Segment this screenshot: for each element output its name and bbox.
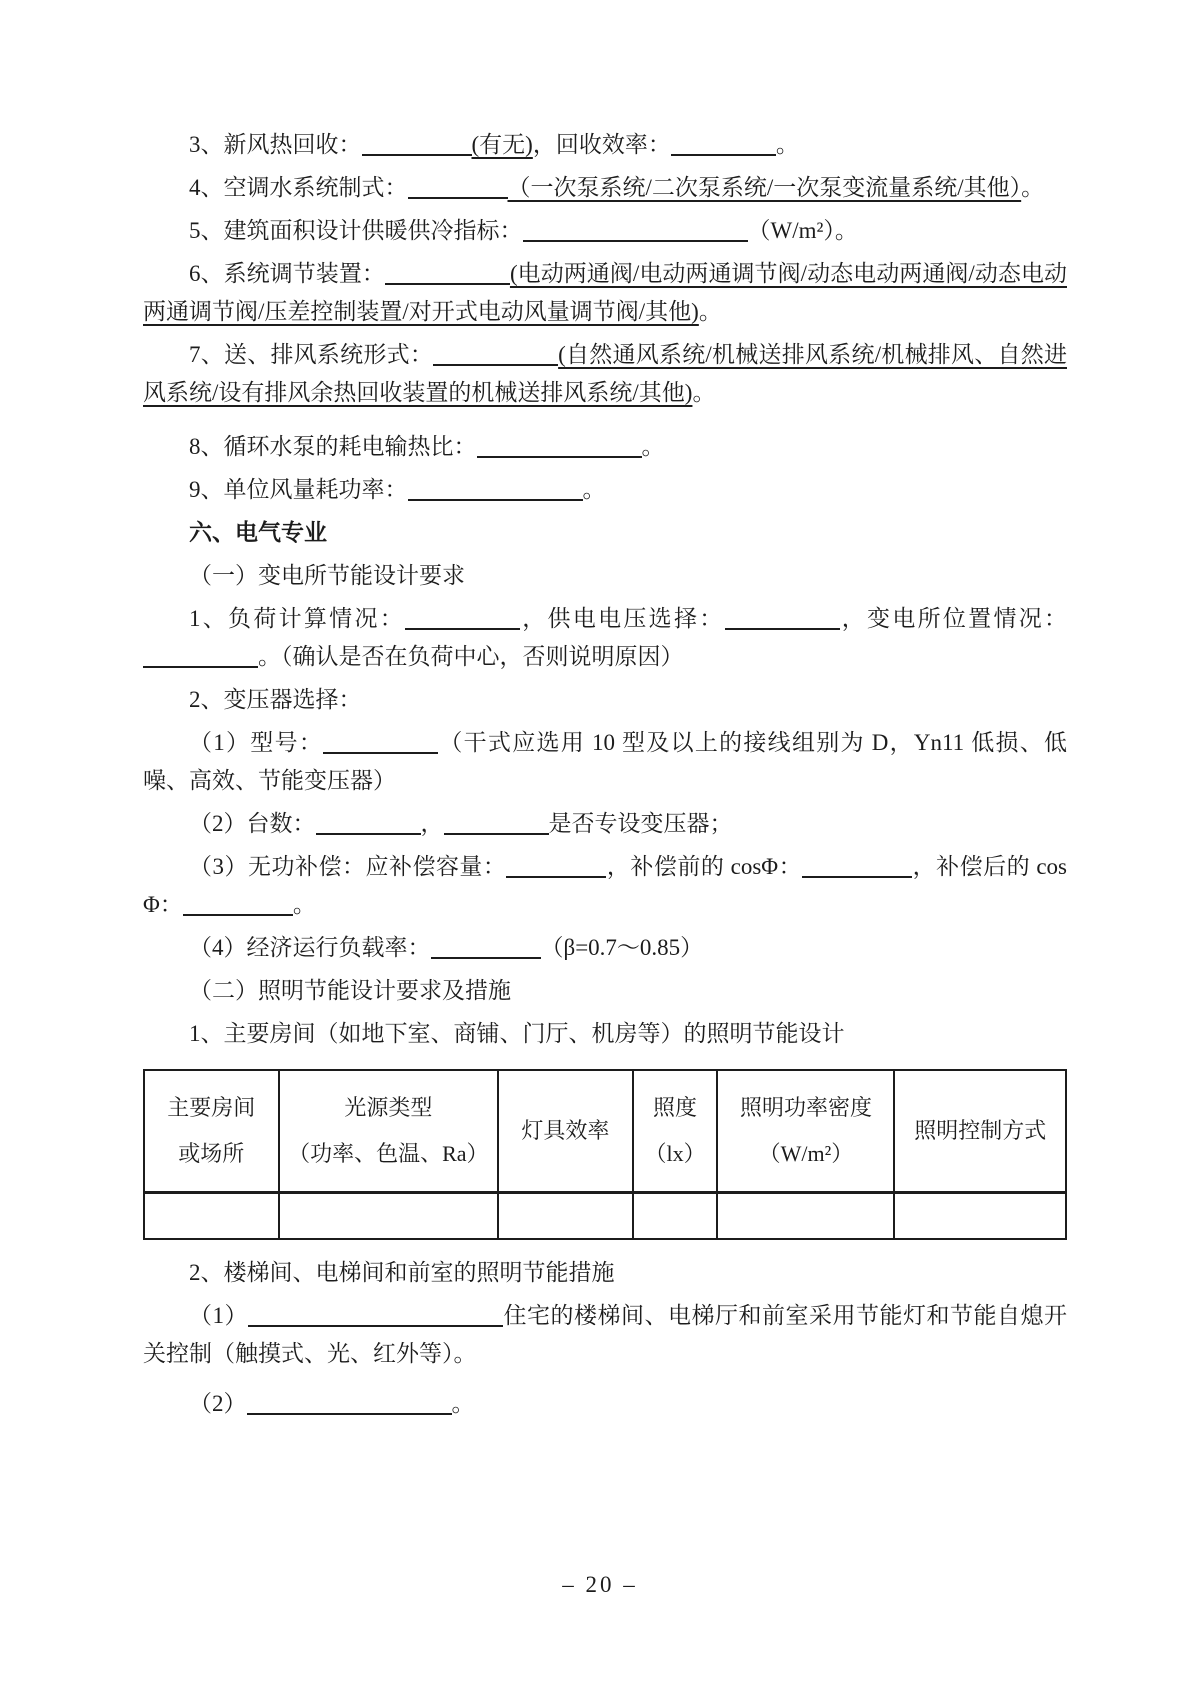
text-run: （2）: [189, 1391, 247, 1416]
item-2-1-transformer-model: （1）型号：（干式应选用 10 型及以上的接线组别为 D，Yn11 低损、低噪、…: [143, 724, 1067, 800]
item-2-2-other-measure: （2）。: [143, 1385, 1067, 1423]
text-run: 。: [1021, 175, 1044, 200]
table-row: [144, 1193, 1066, 1240]
item-2-1-stairwell-lighting: （1）住宅的楼梯间、电梯厅和前室采用节能灯和节能自熄开关控制（触摸式、光、红外等…: [143, 1297, 1067, 1373]
text-run: （2）台数：: [189, 811, 316, 836]
item-2-4-economic-load-rate: （4）经济运行负载率：（β=0.7～0.85）: [143, 929, 1067, 967]
fill-in-blank[interactable]: [408, 476, 583, 501]
text-run: 8、循环水泵的耗电输热比：: [189, 434, 477, 459]
underlined-options: (有无): [472, 132, 533, 157]
text-run: 9、单位风量耗功率：: [189, 477, 408, 502]
item-4-ac-water-system: 4、空调水系统制式：（一次泵系统/二次泵系统/一次泵变流量系统/其他）。: [143, 169, 1067, 207]
sub-2-lighting-requirements: （二）照明节能设计要求及措施: [143, 972, 1067, 1010]
item-7-supply-exhaust-system: 7、送、排风系统形式：(自然通风系统/机械送排风系统/机械排风、自然进风系统/设…: [143, 336, 1067, 412]
item-2-3-reactive-compensation: （3）无功补偿：应补偿容量：，补偿前的 cosΦ：，补偿后的 cosΦ：。: [143, 848, 1067, 924]
fill-in-blank[interactable]: [433, 341, 558, 366]
table-cell[interactable]: [894, 1193, 1066, 1240]
table-header-cell: 照明控制方式: [894, 1070, 1066, 1193]
item-2-stairwell-measures: 2、楼梯间、电梯间和前室的照明节能措施: [143, 1254, 1067, 1292]
table-header-text: （功率、色温、Ra）: [280, 1131, 497, 1177]
text-run: 2、变压器选择：: [189, 687, 362, 712]
table-cell[interactable]: [144, 1193, 279, 1240]
table-header-text: 照明功率密度: [718, 1085, 893, 1131]
fill-in-blank[interactable]: [444, 810, 549, 835]
page-number: – 20 –: [0, 1572, 1200, 1598]
item-2-transformer-selection: 2、变压器选择：: [143, 681, 1067, 719]
text-run: 。: [776, 132, 799, 157]
text-run: 。: [642, 434, 665, 459]
lighting-energy-table: 主要房间或场所光源类型（功率、色温、Ra）灯具效率照度（lx）照明功率密度（W/…: [143, 1069, 1067, 1240]
fill-in-blank[interactable]: [506, 853, 606, 878]
lighting-table-caption: 1、主要房间（如地下室、商铺、门厅、机房等）的照明节能设计: [143, 1015, 1067, 1053]
table-header-text: 光源类型: [280, 1085, 497, 1131]
text-run: 是否专设变压器；: [549, 811, 733, 836]
item-8-pump-power-heat-ratio: 8、循环水泵的耗电输热比：。: [143, 428, 1067, 466]
text-run: 5、建筑面积设计供暖供冷指标：: [189, 218, 523, 243]
text-run: 6、系统调节装置：: [189, 261, 385, 286]
text-run: 3、新风热回收：: [189, 132, 362, 157]
text-run: 1、负荷计算情况：: [189, 606, 405, 631]
text-run: ，变电所位置情况：: [840, 606, 1068, 631]
text-run: 4、空调水系统制式：: [189, 175, 408, 200]
sub-1-substation-requirements: （一）变电所节能设计要求: [143, 557, 1067, 595]
document-content: 3、新风热回收：(有无)，回收效率：。4、空调水系统制式：（一次泵系统/二次泵系…: [143, 126, 1067, 1428]
table-header-text: 或场所: [145, 1131, 278, 1177]
fill-in-blank[interactable]: [408, 174, 508, 199]
text-run: ，供电电压选择：: [520, 606, 725, 631]
text-run: ，补偿前的 cosΦ：: [606, 854, 802, 879]
text-run: 2、楼梯间、电梯间和前室的照明节能措施: [189, 1260, 615, 1285]
fill-in-blank[interactable]: [316, 810, 421, 835]
document-page: 3、新风热回收：(有无)，回收效率：。4、空调水系统制式：（一次泵系统/二次泵系…: [0, 0, 1200, 1697]
text-run: （3）无功补偿：应补偿容量：: [189, 854, 506, 879]
fill-in-blank[interactable]: [247, 1390, 452, 1415]
text-run: 7、送、排风系统形式：: [189, 342, 433, 367]
table-cell[interactable]: [498, 1193, 633, 1240]
table-header-cell: 照明功率密度（W/m²）: [717, 1070, 894, 1193]
section-6-electrical-title: 六、电气专业: [143, 514, 1067, 552]
fill-in-blank[interactable]: [248, 1302, 503, 1327]
table-header-cell: 灯具效率: [498, 1070, 633, 1193]
item-1-load-calculation: 1、负荷计算情况：，供电电压选择：，变电所位置情况：。（确认是否在负荷中心，否则…: [143, 600, 1067, 676]
item-3-fresh-air-heat-recovery: 3、新风热回收：(有无)，回收效率：。: [143, 126, 1067, 164]
table-cell[interactable]: [633, 1193, 718, 1240]
item-2-2-transformer-quantity: （2）台数：，是否专设变压器；: [143, 805, 1067, 843]
text-run: ，回收效率：: [533, 132, 671, 157]
table-header-text: 主要房间: [145, 1085, 278, 1131]
fill-in-blank[interactable]: [385, 260, 510, 285]
text-run: 。: [699, 299, 722, 324]
table-header-text: 照明控制方式: [895, 1108, 1065, 1154]
table-cell[interactable]: [717, 1193, 894, 1240]
fill-in-blank[interactable]: [183, 891, 293, 916]
fill-in-blank[interactable]: [143, 643, 258, 668]
table-header-row: 主要房间或场所光源类型（功率、色温、Ra）灯具效率照度（lx）照明功率密度（W/…: [144, 1070, 1066, 1193]
fill-in-blank[interactable]: [362, 131, 472, 156]
text-run: （1）型号：: [189, 730, 323, 755]
text-run: （二）照明节能设计要求及措施: [189, 978, 511, 1003]
table-header-cell: 主要房间或场所: [144, 1070, 279, 1193]
table-header-text: （lx）: [634, 1131, 717, 1177]
text-run: （1）: [189, 1303, 248, 1328]
text-run: 。: [583, 477, 606, 502]
fill-in-blank[interactable]: [405, 605, 520, 630]
table-header-text: （W/m²）: [718, 1131, 893, 1177]
text-run: 。: [692, 380, 715, 405]
text-run: 。: [452, 1391, 475, 1416]
fill-in-blank[interactable]: [323, 729, 438, 754]
table-header-text: 灯具效率: [499, 1108, 632, 1154]
table-header-text: 照度: [634, 1085, 717, 1131]
text-run: （一）变电所节能设计要求: [189, 563, 465, 588]
table-header-cell: 照度（lx）: [633, 1070, 718, 1193]
text-run: 六、电气专业: [189, 520, 327, 545]
text-run: ，: [421, 811, 444, 836]
underlined-options: （一次泵系统/二次泵系统/一次泵变流量系统/其他）: [508, 175, 1022, 200]
text-run: （4）经济运行负载率：: [189, 935, 431, 960]
fill-in-blank[interactable]: [477, 433, 642, 458]
table-header-cell: 光源类型（功率、色温、Ra）: [279, 1070, 498, 1193]
text-run: （β=0.7～0.85）: [541, 935, 704, 960]
item-9-unit-air-volume-power: 9、单位风量耗功率：。: [143, 471, 1067, 509]
fill-in-blank[interactable]: [523, 217, 748, 242]
fill-in-blank[interactable]: [671, 131, 776, 156]
fill-in-blank[interactable]: [431, 934, 541, 959]
text-run: 。: [293, 892, 316, 917]
text-run: 1、主要房间（如地下室、商铺、门厅、机房等）的照明节能设计: [189, 1021, 845, 1046]
item-5-heating-cooling-index: 5、建筑面积设计供暖供冷指标：（W/m²）。: [143, 212, 1067, 250]
fill-in-blank[interactable]: [725, 605, 840, 630]
table-cell[interactable]: [279, 1193, 498, 1240]
text-run: （W/m²）。: [748, 218, 858, 243]
item-6-system-regulation-device: 6、系统调节装置：(电动两通阀/电动两通调节阀/动态电动两通阀/动态电动两通调节…: [143, 255, 1067, 331]
fill-in-blank[interactable]: [802, 853, 912, 878]
text-run: 。（确认是否在负荷中心，否则说明原因）: [258, 644, 684, 669]
